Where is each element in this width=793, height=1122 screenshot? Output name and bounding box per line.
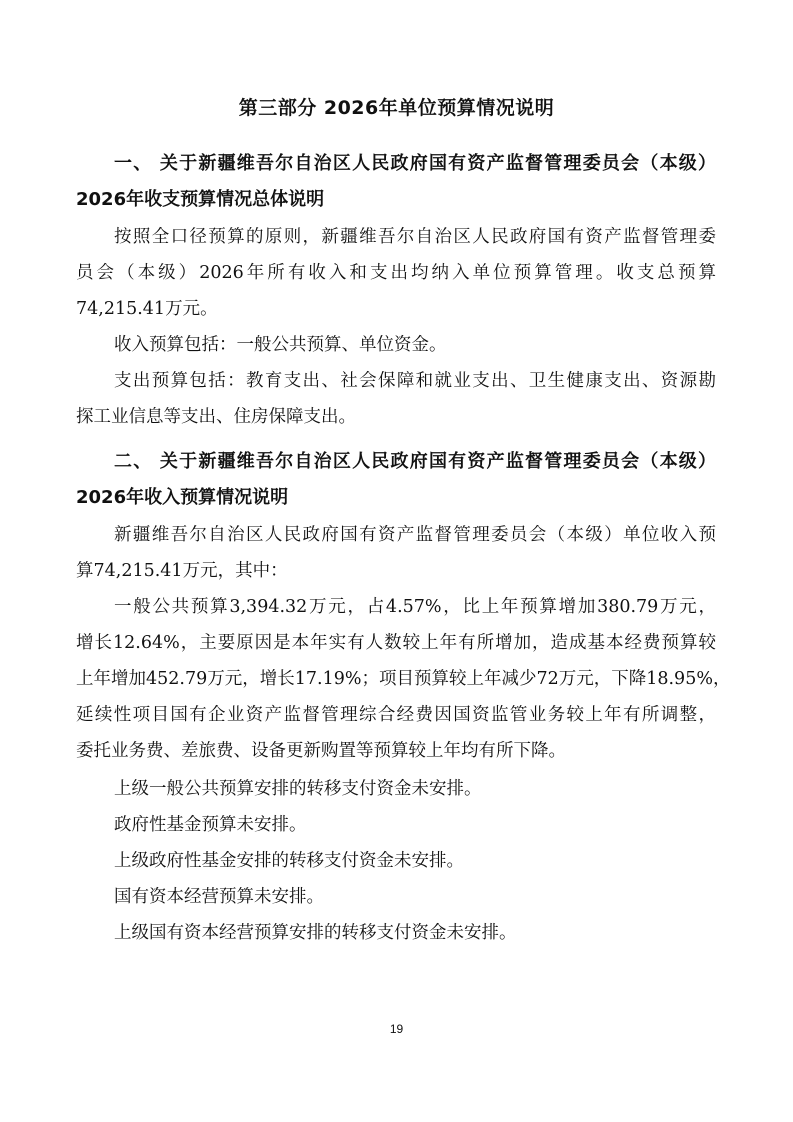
list-item: 上级政府性基金安排的转移支付资金未安排。 xyxy=(114,850,764,872)
expense-scope-paragraph: 支出预算包括：教育支出、社会保障和就业支出、卫生健康支出、资源勘 xyxy=(114,370,716,392)
document-page: 第三部分 2026年单位预算情况说明 一、 关于新疆维吾尔自治区人民政府国有资产… xyxy=(0,0,793,1122)
section2-paragraph: 新疆维吾尔自治区人民政府国有资产监督管理委员会（本级）单位收入预 xyxy=(114,524,716,546)
list-item: 上级国有资本经营预算安排的转移支付资金未安排。 xyxy=(114,922,764,944)
page-title: 第三部分 2026年单位预算情况说明 xyxy=(0,93,793,120)
general-budget-paragraph: 一般公共预算3,394.32万元，占4.57%，比上年预算增加380.79万元， xyxy=(114,596,716,618)
general-budget-paragraph: 延续性项目国有企业资产监督管理综合经费因国资监管业务较上年有所调整， xyxy=(76,704,716,726)
section1-paragraph: 按照全口径预算的原则，新疆维吾尔自治区人民政府国有资产监督管理委 xyxy=(114,226,716,248)
section1-paragraph: 74,215.41万元。 xyxy=(76,298,726,320)
page-number: 19 xyxy=(0,1022,793,1036)
section2-paragraph: 算74,215.41万元，其中： xyxy=(76,560,726,582)
section2-heading-cont: 2026年收入预算情况说明 xyxy=(76,487,726,509)
list-item: 政府性基金预算未安排。 xyxy=(114,814,764,836)
section1-heading: 一、 关于新疆维吾尔自治区人民政府国有资产监督管理委员会（本级） xyxy=(114,153,716,175)
expense-scope-paragraph: 探工业信息等支出、住房保障支出。 xyxy=(76,406,726,428)
general-budget-paragraph: 委托业务费、差旅费、设备更新购置等预算较上年均有所下降。 xyxy=(76,740,726,762)
general-budget-paragraph: 上年增加452.79万元，增长17.19%；项目预算较上年减少72万元，下降18… xyxy=(76,668,716,690)
section1-heading-cont: 2026年收支预算情况总体说明 xyxy=(76,189,726,211)
section1-paragraph: 员会（本级）2026年所有收入和支出均纳入单位预算管理。收支总预算 xyxy=(76,262,716,284)
list-item: 国有资本经营预算未安排。 xyxy=(114,886,764,908)
section2-heading: 二、 关于新疆维吾尔自治区人民政府国有资产监督管理委员会（本级） xyxy=(114,451,716,473)
income-scope-paragraph: 收入预算包括：一般公共预算、单位资金。 xyxy=(114,334,764,356)
general-budget-paragraph: 增长12.64%，主要原因是本年实有人数较上年有所增加，造成基本经费预算较 xyxy=(76,632,716,654)
list-item: 上级一般公共预算安排的转移支付资金未安排。 xyxy=(114,778,764,800)
